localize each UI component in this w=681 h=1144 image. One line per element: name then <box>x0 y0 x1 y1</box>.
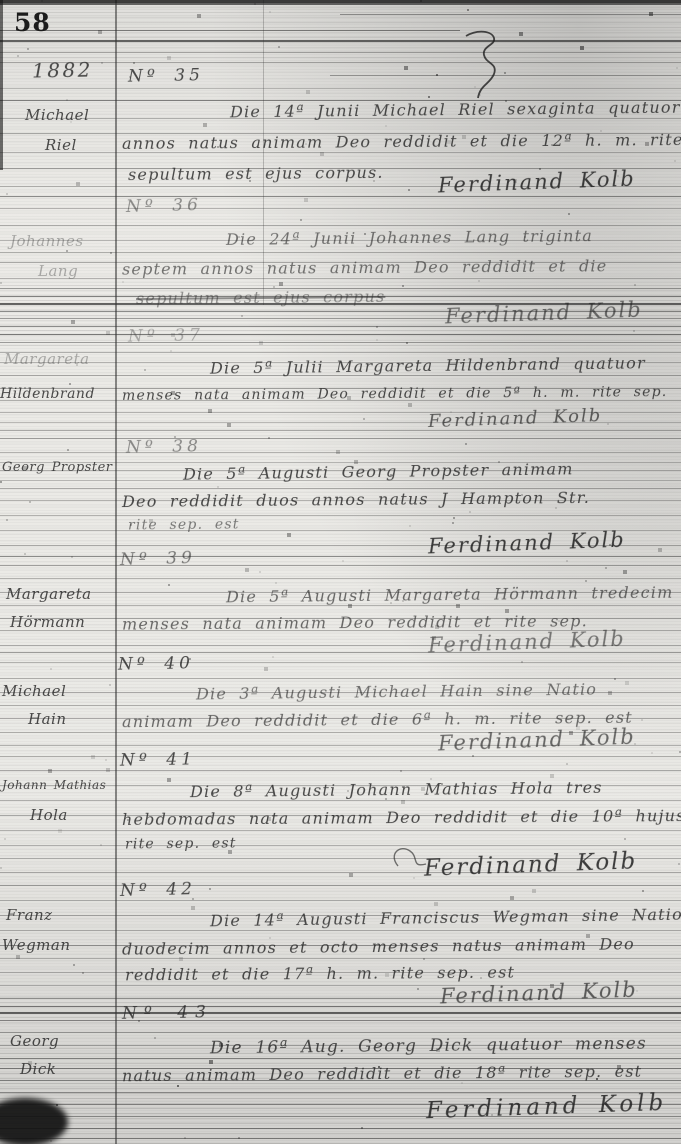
ruled-line <box>340 14 681 15</box>
margin-name: Hörmann <box>10 613 85 631</box>
entry-line: reddidit et die 17ª h. m. rite sep. est <box>125 963 515 985</box>
margin-name: Georg <box>10 1032 59 1050</box>
ruled-line <box>330 75 681 76</box>
margin-name: Johann Mathias <box>2 778 106 792</box>
entry-line: sepultum est ejus corpus <box>136 287 386 308</box>
entry-line: menses nata animam Deo reddidit et die 5… <box>122 384 667 404</box>
entry-line: annos natus animam Deo reddidit et die 1… <box>122 130 681 153</box>
ruled-line <box>0 40 681 42</box>
signature: Ferdinand Kolb <box>426 1090 668 1124</box>
entry-number: Nº 37 <box>128 325 204 346</box>
entry-number: Nº 35 <box>128 65 204 86</box>
scan-streak-band <box>0 0 681 58</box>
ruled-line <box>0 705 681 706</box>
entry-line: Die 5ª Julii Margareta Hildenbrand quatu… <box>210 353 646 377</box>
margin-name: Hain <box>28 710 66 728</box>
ruled-line <box>0 800 681 801</box>
ruled-line <box>0 1058 681 1059</box>
ruled-line <box>0 430 681 431</box>
entry-number: Nº 36 <box>126 195 202 217</box>
entry-line: sepultum est ejus corpus. <box>128 163 384 184</box>
entry-line: natus animam Deo reddidit et die 18ª rit… <box>122 1062 642 1086</box>
ruled-line <box>0 334 681 335</box>
entry-line: hebdomadas nata animam Deo reddidit et d… <box>122 806 681 829</box>
entry-line: duodecim annos et octo menses natus anim… <box>122 934 635 958</box>
entry-line: Die 24ª Junii Johannes Lang triginta <box>226 226 593 249</box>
ruled-line <box>0 885 681 886</box>
signature: Ferdinand Kolb <box>428 405 603 432</box>
ruled-line <box>0 1006 681 1007</box>
margin-name: Georg Propster <box>2 460 113 475</box>
entry-number: Nº 38 <box>126 436 202 457</box>
ruled-line <box>0 278 681 279</box>
ink-blot-artifact <box>0 1098 68 1144</box>
scan-edge-artifact <box>0 0 681 3</box>
ruled-line <box>0 62 681 63</box>
margin-name: Lang <box>38 262 78 280</box>
signature: Ferdinand Kolb <box>445 298 643 329</box>
margin-name: Wegman <box>2 936 71 954</box>
margin-name: Johannes <box>10 232 84 250</box>
ruled-line <box>0 1138 681 1139</box>
entry-number: Nº 39 <box>120 548 196 570</box>
entry-number: Nº 41 <box>120 749 196 770</box>
entry-number: Nº 42 <box>120 879 196 901</box>
ruled-line <box>0 565 681 566</box>
ruled-line <box>0 515 681 516</box>
entry-number: Nº 43 <box>122 1002 213 1024</box>
entry-line: Die 16ª Aug. Georg Dick quatuor menses <box>210 1034 647 1059</box>
ruled-line <box>0 208 681 209</box>
ruled-line <box>0 930 681 931</box>
signature: Ferdinand Kolb <box>424 848 638 881</box>
ruled-line <box>0 352 681 353</box>
register-page: 58 1882 Nº 35 Michael Riel Die 14ª Junii… <box>0 0 681 1144</box>
entry-line: Die 14ª Augusti Franciscus Wegman sine N… <box>210 905 681 931</box>
ruled-line <box>0 1020 681 1021</box>
entry-line: rite sep. est <box>128 517 240 534</box>
margin-name: Riel <box>45 136 77 154</box>
page-number: 58 <box>14 8 51 37</box>
ruled-line <box>0 342 681 343</box>
ruled-line <box>0 152 681 153</box>
ruled-line <box>0 756 681 757</box>
ruled-line <box>0 1032 681 1033</box>
margin-name: Hildenbrand <box>0 386 95 402</box>
ruled-line <box>0 662 681 663</box>
signature: Ferdinand Kolb <box>440 978 638 1009</box>
entry-line: Die 8ª Augusti Johann Mathias Hola tres <box>190 778 603 801</box>
ruled-line <box>0 52 681 53</box>
entry-line: Die 3ª Augusti Michael Hain sine Natio <box>196 680 597 704</box>
margin-name: Franz <box>6 906 53 924</box>
entry-line: Deo reddidit duos annos natus J Hampton … <box>122 488 590 511</box>
ruled-line <box>0 88 681 89</box>
ruled-line <box>0 326 681 327</box>
ruled-line <box>0 578 681 579</box>
ruled-line <box>0 770 681 771</box>
margin-name: Hola <box>30 806 68 824</box>
scan-edge-artifact <box>0 0 3 170</box>
ruled-line <box>0 1128 681 1129</box>
margin-name: Margareta <box>6 585 92 603</box>
margin-name: Margareta <box>4 350 90 368</box>
entry-number: Nº 40 <box>118 653 194 674</box>
entry-line: Die 5ª Augusti Georg Propster animam <box>183 459 574 483</box>
margin-name: Dick <box>20 1060 56 1078</box>
entry-line: Die 5ª Augusti Margareta Hörmann tredeci… <box>226 583 674 607</box>
ruled-line <box>0 252 681 253</box>
entry-line: septem annos natus animam Deo reddidit e… <box>122 256 608 278</box>
ruled-line <box>0 30 460 31</box>
ruled-line <box>0 196 681 197</box>
margin-name: Michael <box>25 106 89 124</box>
margin-rule-line <box>115 0 117 1144</box>
margin-name: Michael <box>2 682 66 700</box>
ruled-line <box>0 900 681 901</box>
entry-line: rite sep. est <box>125 836 237 853</box>
entry-line: Die 14ª Junii Michael Riel sexaginta qua… <box>230 98 681 122</box>
ruled-line <box>0 1012 681 1014</box>
signature: Ferdinand Kolb <box>428 528 626 559</box>
signature: Ferdinand Kolb <box>438 167 636 198</box>
ruled-line <box>0 830 681 831</box>
year-label: 1882 <box>32 57 93 82</box>
ruled-line <box>0 958 681 959</box>
ruled-line <box>0 556 681 557</box>
signature: Ferdinand Kolb <box>438 725 636 756</box>
ruled-line <box>0 845 681 846</box>
ruled-line <box>0 438 681 439</box>
ruled-line <box>0 452 681 453</box>
ruled-line <box>0 3 681 5</box>
